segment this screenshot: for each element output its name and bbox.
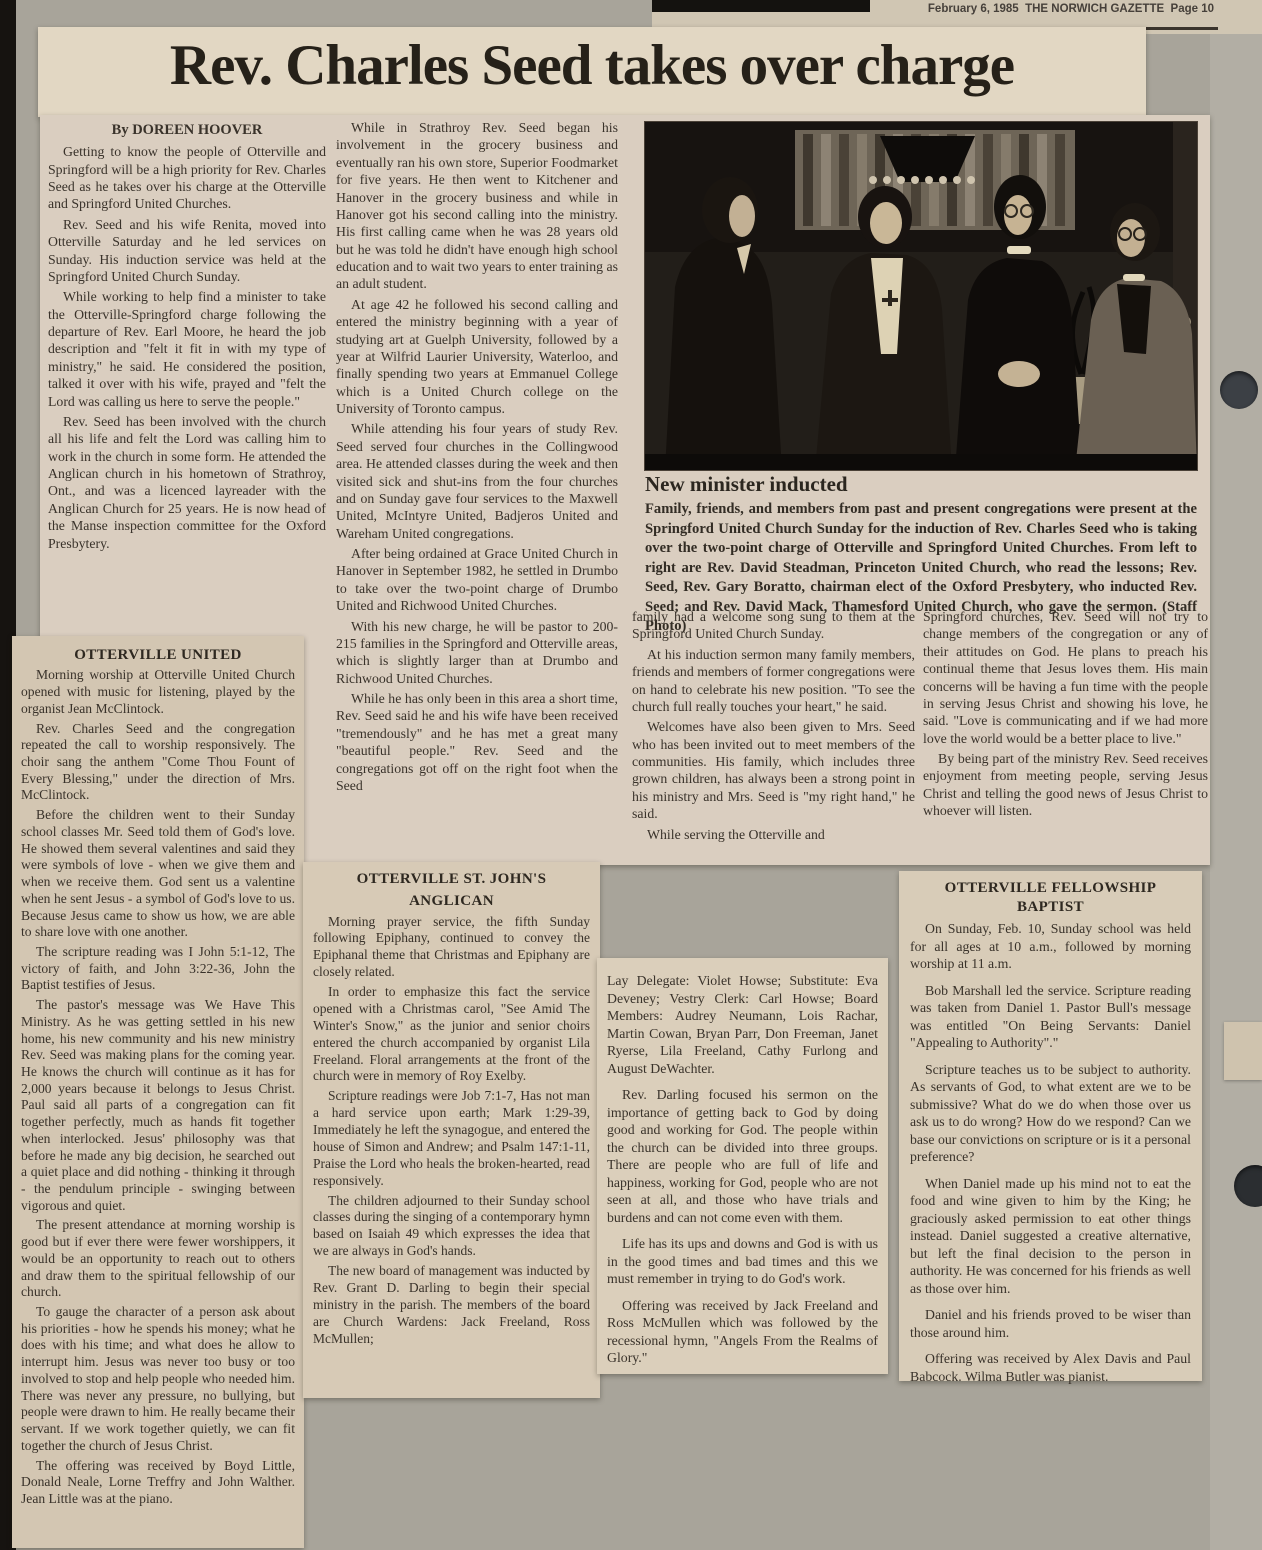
paragraph: While working to help find a minister to…: [48, 288, 326, 410]
paragraph: The children adjourned to their Sunday s…: [313, 1193, 590, 1261]
paragraph: To gauge the character of a person ask a…: [21, 1304, 295, 1454]
column-4-paragraphs: By being part of the ministry Rev. Seed …: [923, 750, 1208, 820]
column-3-paragraphs: At his induction sermon many family memb…: [632, 646, 915, 843]
st-johns-paragraphs: Morning prayer service, the fifth Sunday…: [313, 914, 590, 1348]
paragraph: Morning worship at Otterville United Chu…: [21, 667, 295, 717]
paper-scrap: [1224, 1022, 1262, 1080]
paragraph: Bob Marshall led the service. Scripture …: [910, 982, 1191, 1052]
paragraph: Morning prayer service, the fifth Sunday…: [313, 914, 590, 982]
hole-punch: [1220, 371, 1258, 409]
paragraph: Scripture readings were Job 7:1-7, Has n…: [313, 1088, 590, 1189]
paragraph: Daniel and his friends proved to be wise…: [910, 1306, 1191, 1341]
masthead-black-bar: [652, 0, 870, 12]
paragraph: While serving the Otterville and: [632, 826, 915, 843]
paragraph: Rev. Darling focused his sermon on the i…: [607, 1086, 878, 1226]
st-johns-anglican-clipping: OTTERVILLE ST. JOHN'S ANGLICAN Morning p…: [303, 862, 600, 1398]
paragraph: Rev. Charles Seed and the congregation r…: [21, 721, 295, 805]
scrapbook-page: February 6, 1985 THE NORWICH GAZETTE Pag…: [0, 0, 1262, 1550]
article-column-2: While in Strathroy Rev. Seed began his i…: [336, 119, 618, 797]
paragraph: After being ordained at Grace United Chu…: [336, 545, 618, 615]
paragraph: Rev. Seed and his wife Renita, moved int…: [48, 216, 326, 286]
paragraph: Welcomes have also been given to Mrs. Se…: [632, 718, 915, 822]
otterville-united-clipping: OTTERVILLE UNITED Morning worship at Ott…: [12, 636, 304, 1548]
paragraph: Lay Delegate: Violet Howse; Substitute: …: [607, 972, 878, 1077]
article-column-3: family had a welcome song sung to them a…: [632, 608, 915, 846]
paragraph: When Daniel made up his mind not to eat …: [910, 1175, 1191, 1298]
paragraph: Life has its ups and downs and God is wi…: [607, 1235, 878, 1288]
paragraph: Scripture teaches us to be subject to au…: [910, 1061, 1191, 1166]
paragraph: At age 42 he followed his second calling…: [336, 296, 618, 418]
article-column-1: By DOREEN HOOVER Getting to know the peo…: [48, 121, 326, 555]
paragraph: The pastor's message was We Have This Mi…: [21, 997, 295, 1214]
article-column-4: Springford churches, Rev. Seed will not …: [923, 608, 1208, 823]
paragraph: By being part of the ministry Rev. Seed …: [923, 750, 1208, 820]
paragraph: While in Strathroy Rev. Seed began his i…: [336, 119, 618, 293]
fellowship-baptist-paragraphs: On Sunday, Feb. 10, Sunday school was he…: [910, 920, 1191, 1385]
paragraph: In order to emphasize this fact the serv…: [313, 984, 590, 1085]
paragraph: While attending his four years of study …: [336, 420, 618, 542]
paragraph: The offering was received by Boyd Little…: [21, 1458, 295, 1508]
column-1-paragraphs: Getting to know the people of Otterville…: [48, 143, 326, 552]
paragraph: Rev. Seed has been involved with the chu…: [48, 413, 326, 552]
paragraph: Getting to know the people of Otterville…: [48, 143, 326, 213]
paragraph: While he has only been in this area a sh…: [336, 690, 618, 794]
headline-clipping: Rev. Charles Seed takes over charge: [38, 27, 1146, 117]
photo-caption-title: New minister inducted: [645, 472, 1197, 497]
inducted-ministers-photo: [645, 122, 1197, 470]
album-edge: [1210, 0, 1262, 1550]
st-johns-title-line1: OTTERVILLE ST. JOHN'S: [313, 870, 590, 889]
paragraph: Springford churches, Rev. Seed will not …: [923, 608, 1208, 747]
paragraph: The present attendance at morning worshi…: [21, 1217, 295, 1301]
paragraph: Offering was received by Alex Davis and …: [910, 1350, 1191, 1385]
otterville-united-title: OTTERVILLE UNITED: [21, 646, 295, 664]
photo-illustration: [645, 122, 1197, 470]
st-johns-title-line2: ANGLICAN: [313, 892, 590, 911]
fellowship-baptist-title: OTTERVILLE FELLOWSHIP BAPTIST: [910, 879, 1191, 917]
paragraph: Before the children went to their Sunday…: [21, 807, 295, 941]
paragraph: At his induction sermon many family memb…: [632, 646, 915, 716]
byline: By DOREEN HOOVER: [48, 121, 326, 139]
lay-delegate-clipping: Lay Delegate: Violet Howse; Substitute: …: [597, 958, 888, 1374]
paragraph: The scripture reading was I John 5:1-12,…: [21, 944, 295, 994]
fellowship-baptist-clipping: OTTERVILLE FELLOWSHIP BAPTIST On Sunday,…: [899, 871, 1202, 1381]
paragraph: On Sunday, Feb. 10, Sunday school was he…: [910, 920, 1191, 973]
paragraph: With his new charge, he will be pastor t…: [336, 618, 618, 688]
article-headline: Rev. Charles Seed takes over charge: [38, 27, 1146, 98]
paragraph: family had a welcome song sung to them a…: [632, 608, 915, 643]
paragraph: The new board of management was inducted…: [313, 1263, 590, 1347]
otterville-united-paragraphs: Morning worship at Otterville United Chu…: [21, 667, 295, 1507]
masthead-text: February 6, 1985 THE NORWICH GAZETTE Pag…: [928, 3, 1214, 15]
lay-delegate-paragraphs: Rev. Darling focused his sermon on the i…: [607, 1086, 878, 1367]
paragraph: Offering was received by Jack Freeland a…: [607, 1297, 878, 1367]
